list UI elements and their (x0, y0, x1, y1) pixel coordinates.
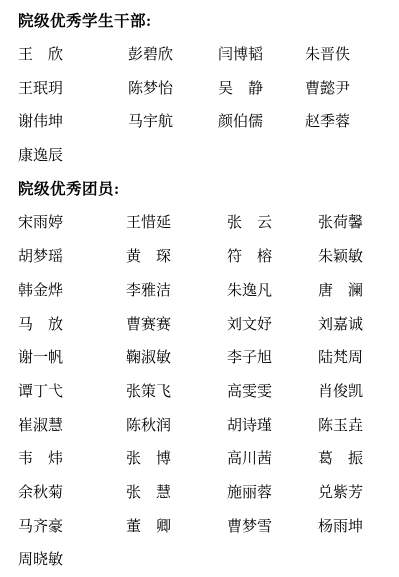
person-name: 康逸辰 (18, 144, 128, 165)
person-name: 谢一帆 (18, 346, 126, 367)
section-cadres: 院级优秀学生干部:王 欣彭碧欣闫博韬朱晋佚王珉玥陈梦怡吴 静曹懿尹谢伟坤马宇航颜… (18, 3, 399, 171)
section-title: 院级优秀团员: (18, 171, 399, 205)
person-name: 胡梦瑶 (18, 245, 126, 266)
person-name: 王 欣 (18, 43, 128, 64)
person-name: 王珉玥 (18, 77, 128, 98)
person-name: 马齐豪 (18, 515, 126, 536)
name-row: 余秋菊张 慧施丽蓉兑紫芳 (18, 475, 399, 509)
document-page: 院级优秀学生干部:王 欣彭碧欣闫博韬朱晋佚王珉玥陈梦怡吴 静曹懿尹谢伟坤马宇航颜… (0, 0, 399, 577)
person-name: 马 放 (18, 313, 126, 334)
person-name: 董 卿 (126, 515, 227, 536)
person-name: 刘嘉诚 (318, 313, 399, 334)
name-row: 马齐豪董 卿曹梦雪杨雨坤 (18, 508, 399, 542)
person-name: 闫博韬 (218, 43, 305, 64)
person-name: 曹梦雪 (227, 515, 318, 536)
person-name: 施丽蓉 (227, 481, 318, 502)
person-name: 颜伯儒 (218, 110, 305, 131)
person-name: 韦 炜 (18, 447, 126, 468)
person-name: 吴 静 (218, 77, 305, 98)
name-row: 崔淑慧陈秋润胡诗瑾陈玉垚 (18, 407, 399, 441)
name-row: 王珉玥陈梦怡吴 静曹懿尹 (18, 70, 399, 104)
person-name: 张 慧 (126, 481, 227, 502)
name-row: 谢一帆鞠淑敏李子旭陆梵周 (18, 340, 399, 374)
person-name: 鞠淑敏 (126, 346, 227, 367)
person-name: 朱晋佚 (305, 43, 399, 64)
person-name: 曹赛赛 (126, 313, 227, 334)
person-name: 陈玉垚 (318, 414, 399, 435)
person-name: 张策飞 (126, 380, 227, 401)
name-row: 康逸辰 (18, 138, 399, 172)
name-row: 宋雨婷王惜延张 云张荷馨 (18, 205, 399, 239)
name-row: 马 放曹赛赛刘文妤刘嘉诚 (18, 306, 399, 340)
name-row: 周晓敏 (18, 542, 399, 576)
section-members: 院级优秀团员:宋雨婷王惜延张 云张荷馨胡梦瑶黄 琛符 榕朱颖敏韩金烨李雅洁朱逸凡… (18, 171, 399, 575)
person-name: 周晓敏 (18, 548, 126, 569)
person-name: 曹懿尹 (305, 77, 399, 98)
person-name: 张 博 (126, 447, 227, 468)
name-row: 王 欣彭碧欣闫博韬朱晋佚 (18, 37, 399, 71)
name-row: 谭丁弋张策飞高雯雯肖俊凯 (18, 374, 399, 408)
person-name: 崔淑慧 (18, 414, 126, 435)
person-name: 肖俊凯 (318, 380, 399, 401)
person-name: 谢伟坤 (18, 110, 128, 131)
person-name: 赵季蓉 (305, 110, 399, 131)
person-name: 朱逸凡 (227, 279, 318, 300)
person-name: 高川茜 (227, 447, 318, 468)
name-row: 韦 炜张 博高川茜葛 振 (18, 441, 399, 475)
person-name: 张荷馨 (318, 211, 399, 232)
person-name: 李子旭 (227, 346, 318, 367)
person-name: 谭丁弋 (18, 380, 126, 401)
person-name: 刘文妤 (227, 313, 318, 334)
person-name: 黄 琛 (126, 245, 227, 266)
person-name: 韩金烨 (18, 279, 126, 300)
person-name: 李雅洁 (126, 279, 227, 300)
person-name: 宋雨婷 (18, 211, 126, 232)
person-name: 杨雨坤 (318, 515, 399, 536)
person-name: 王惜延 (126, 211, 227, 232)
person-name: 马宇航 (128, 110, 218, 131)
person-name: 符 榕 (227, 245, 318, 266)
person-name: 胡诗瑾 (227, 414, 318, 435)
sections: 院级优秀学生干部:王 欣彭碧欣闫博韬朱晋佚王珉玥陈梦怡吴 静曹懿尹谢伟坤马宇航颜… (18, 3, 399, 576)
person-name: 葛 振 (318, 447, 399, 468)
name-row: 韩金烨李雅洁朱逸凡唐 澜 (18, 273, 399, 307)
person-name: 陆梵周 (318, 346, 399, 367)
person-name: 唐 澜 (318, 279, 399, 300)
person-name: 彭碧欣 (128, 43, 218, 64)
person-name: 余秋菊 (18, 481, 126, 502)
person-name: 兑紫芳 (318, 481, 399, 502)
name-row: 胡梦瑶黄 琛符 榕朱颖敏 (18, 239, 399, 273)
person-name: 陈梦怡 (128, 77, 218, 98)
person-name: 张 云 (227, 211, 318, 232)
person-name: 陈秋润 (126, 414, 227, 435)
person-name: 朱颖敏 (318, 245, 399, 266)
person-name: 高雯雯 (227, 380, 318, 401)
section-title: 院级优秀学生干部: (18, 3, 399, 37)
name-row: 谢伟坤马宇航颜伯儒赵季蓉 (18, 104, 399, 138)
